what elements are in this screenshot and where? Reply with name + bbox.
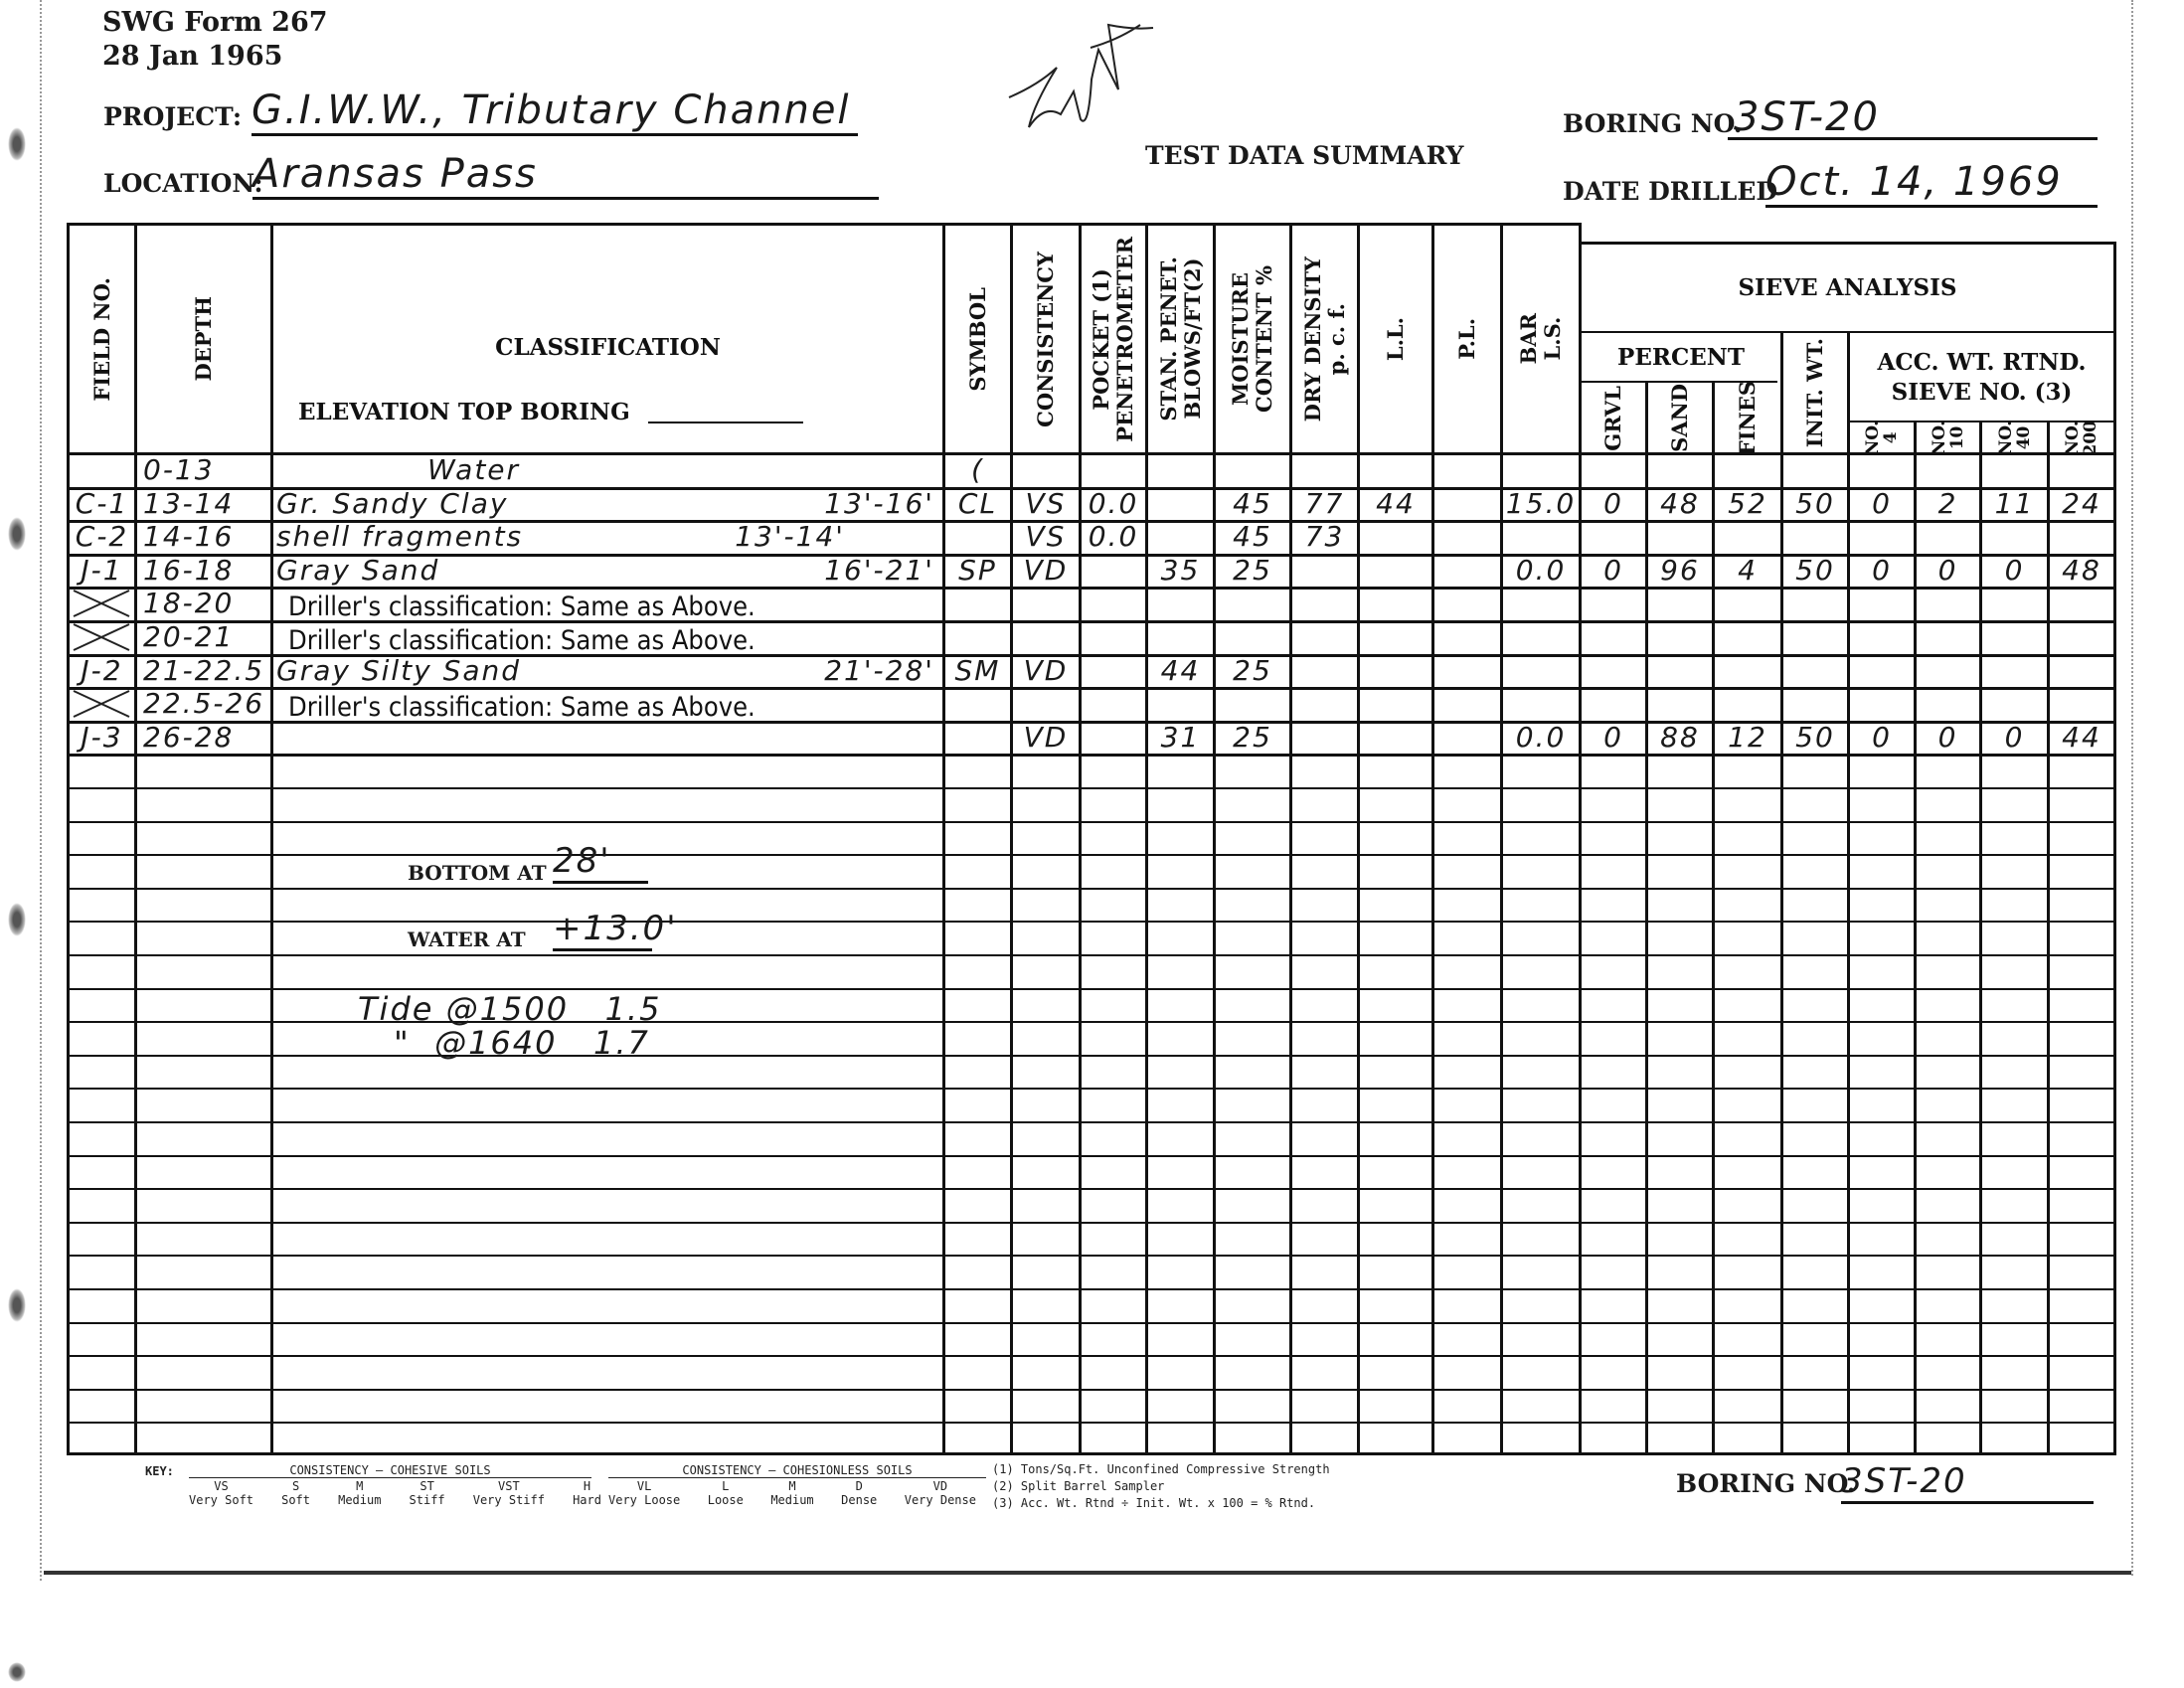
- cell-consistency[interactable]: VD: [1013, 554, 1079, 587]
- cell-pl[interactable]: [1434, 554, 1500, 587]
- cell-classification[interactable]: Gray Silty Sand: [276, 654, 694, 687]
- cell-pocket[interactable]: [1082, 453, 1145, 486]
- cell-stan[interactable]: [1148, 687, 1213, 720]
- cell-dry-density[interactable]: [1292, 654, 1357, 687]
- bottom-at-label: BOTTOM AT: [408, 861, 547, 885]
- cell-pocket[interactable]: 0.0: [1082, 487, 1145, 520]
- cell-grvl[interactable]: [1582, 587, 1645, 619]
- cell-fines[interactable]: 12: [1715, 721, 1780, 754]
- cell-classification[interactable]: Water: [427, 453, 845, 486]
- cell-init-wt[interactable]: [1783, 520, 1847, 553]
- key-name: Hard: [573, 1493, 601, 1507]
- cell-no10[interactable]: 0: [1917, 721, 1979, 754]
- row-divider: [67, 921, 2116, 923]
- cell-pocket[interactable]: 0.0: [1082, 520, 1145, 553]
- cell-no200[interactable]: [2050, 620, 2113, 653]
- cell-stan[interactable]: [1148, 520, 1213, 553]
- cell-dry-density[interactable]: [1292, 554, 1357, 587]
- cell-stratum-range[interactable]: 16'-21': [726, 554, 934, 587]
- cell-dry-density[interactable]: [1292, 587, 1357, 619]
- key-name: Very Loose: [608, 1493, 680, 1507]
- cell-fines[interactable]: [1715, 687, 1780, 720]
- row-divider: [67, 1255, 2116, 1257]
- cell-ll[interactable]: [1360, 520, 1431, 553]
- cell-no4[interactable]: [1850, 654, 1914, 687]
- cell-stratum-range[interactable]: 13'-14': [636, 520, 845, 553]
- page-edge-left: [40, 0, 42, 1581]
- cell-sand[interactable]: 96: [1648, 554, 1712, 587]
- cell-no200[interactable]: 44: [2050, 721, 2113, 754]
- cell-no40[interactable]: [1982, 587, 2047, 619]
- cell-pocket[interactable]: [1082, 687, 1145, 720]
- cell-ll[interactable]: [1360, 620, 1431, 653]
- cell-grvl[interactable]: 0: [1582, 554, 1645, 587]
- key-cohesive-title: CONSISTENCY — COHESIVE SOILS: [189, 1463, 591, 1478]
- cell-consistency[interactable]: VD: [1013, 654, 1079, 687]
- cell-moisture[interactable]: [1216, 620, 1289, 653]
- cell-fines[interactable]: [1715, 587, 1780, 619]
- cell-moisture[interactable]: [1216, 453, 1289, 486]
- cell-depth[interactable]: 21-22.5: [137, 654, 276, 687]
- cell-moisture[interactable]: 45: [1216, 520, 1289, 553]
- key-cohesionless-title: CONSISTENCY — COHESIONLESS SOILS: [608, 1463, 986, 1478]
- form-id: SWG Form 267: [102, 6, 328, 40]
- cell-depth[interactable]: 16-18: [137, 554, 276, 587]
- row-divider: [67, 1121, 2116, 1123]
- cell-grvl[interactable]: [1582, 654, 1645, 687]
- header-symbol: SYMBOL: [945, 226, 1010, 452]
- cell-fines[interactable]: [1715, 654, 1780, 687]
- cell-classification[interactable]: [276, 721, 694, 754]
- project-field[interactable]: G.I.W.W., Tributary Channel: [252, 87, 858, 136]
- cell-ll[interactable]: 44: [1360, 487, 1431, 520]
- header-depth: DEPTH: [137, 226, 270, 452]
- cell-bar-ls[interactable]: [1503, 654, 1579, 687]
- bottom-at-field[interactable]: 28': [553, 841, 648, 884]
- cell-grvl[interactable]: [1582, 687, 1645, 720]
- cell-no10[interactable]: [1917, 620, 1979, 653]
- cell-no200[interactable]: [2050, 654, 2113, 687]
- cell-pl[interactable]: [1434, 687, 1500, 720]
- cell-no40[interactable]: [1982, 654, 2047, 687]
- cell-consistency[interactable]: [1013, 453, 1079, 486]
- cell-bar-ls[interactable]: [1503, 453, 1579, 486]
- page-edge-bottom: [44, 1571, 2131, 1575]
- cell-no4[interactable]: [1850, 453, 1914, 486]
- cell-stratum-range[interactable]: 21'-28': [726, 654, 934, 687]
- cell-field-no[interactable]: C-1: [70, 487, 134, 520]
- header-fines: FINES: [1715, 384, 1780, 452]
- key-entry: MMedium: [770, 1479, 813, 1507]
- row-divider: [67, 854, 2116, 856]
- cell-ll[interactable]: [1360, 654, 1431, 687]
- cell-no200[interactable]: [2050, 687, 2113, 720]
- cell-field-no[interactable]: J-1: [70, 554, 134, 587]
- cell-no200[interactable]: [2050, 587, 2113, 619]
- cell-fines[interactable]: [1715, 620, 1780, 653]
- row-divider: [67, 787, 2116, 789]
- cell-no10[interactable]: 2: [1917, 487, 1979, 520]
- cell-stan[interactable]: 35: [1148, 554, 1213, 587]
- cell-pl[interactable]: [1434, 721, 1500, 754]
- cell-ll[interactable]: [1360, 721, 1431, 754]
- header-stan-penet: STAN. PENET. BLOWS/FT(2): [1148, 226, 1213, 452]
- cross-out-icon: [72, 689, 131, 719]
- footnote-3: (3) Acc. Wt. Rtnd ÷ Init. Wt. x 100 = % …: [992, 1495, 1330, 1512]
- key-entry: STStiff: [410, 1479, 445, 1507]
- key-abbr: VD: [905, 1479, 976, 1493]
- cell-bar-ls[interactable]: [1503, 620, 1579, 653]
- header-percent: PERCENT: [1582, 334, 1780, 381]
- cell-depth[interactable]: 14-16: [137, 520, 276, 553]
- cell-sand[interactable]: [1648, 520, 1712, 553]
- row-divider: [67, 1389, 2116, 1391]
- cell-no10[interactable]: 0: [1917, 554, 1979, 587]
- cell-consistency[interactable]: VS: [1013, 487, 1079, 520]
- cell-stan[interactable]: 31: [1148, 721, 1213, 754]
- key-abbr: H: [573, 1479, 601, 1493]
- cell-no40[interactable]: [1982, 620, 2047, 653]
- cell-grvl[interactable]: [1582, 520, 1645, 553]
- header-no200: NO. 200: [2050, 423, 2113, 452]
- cell-grvl[interactable]: 0: [1582, 721, 1645, 754]
- cell-no40[interactable]: [1982, 520, 2047, 553]
- cell-sand[interactable]: 48: [1648, 487, 1712, 520]
- cell-bar-ls[interactable]: [1503, 687, 1579, 720]
- cell-fines[interactable]: 52: [1715, 487, 1780, 520]
- cell-grvl[interactable]: [1582, 620, 1645, 653]
- cell-init-wt[interactable]: [1783, 620, 1847, 653]
- header-field-no: FIELD NO.: [70, 226, 134, 452]
- key-name: Very Stiff: [473, 1493, 545, 1507]
- cell-no4[interactable]: [1850, 587, 1914, 619]
- header-no40: NO. 40: [1982, 423, 2047, 452]
- punch-hole-mark: [8, 1288, 26, 1322]
- key-abbr: M: [770, 1479, 813, 1493]
- header-moisture-content: MOISTURE CONTENT %: [1216, 226, 1289, 452]
- cell-symbol[interactable]: SM: [945, 654, 1010, 687]
- row-divider: [67, 821, 2116, 823]
- elevation-top-boring-field[interactable]: [648, 422, 803, 423]
- row-divider: [67, 888, 2116, 890]
- cell-classification[interactable]: Driller's classification: Same as Above.: [288, 624, 706, 657]
- key-cohesionless-list: VLVery LooseLLooseMMediumDDenseVDVery De…: [608, 1479, 976, 1507]
- test-data-summary-title: TEST DATA SUMMARY: [1145, 141, 1464, 170]
- tide-note-1: Tide @1500 1.5: [358, 990, 661, 1028]
- cell-depth[interactable]: 26-28: [137, 721, 276, 754]
- cell-dry-density[interactable]: [1292, 687, 1357, 720]
- key-entry: HHard: [573, 1479, 601, 1507]
- cell-init-wt[interactable]: [1783, 453, 1847, 486]
- cell-dry-density[interactable]: [1292, 721, 1357, 754]
- cell-symbol[interactable]: [945, 721, 1010, 754]
- cell-grvl[interactable]: [1582, 453, 1645, 486]
- cell-ll[interactable]: [1360, 453, 1431, 486]
- cell-sand[interactable]: [1648, 654, 1712, 687]
- form-date: 28 Jan 1965: [102, 40, 328, 74]
- key-footnotes: (1) Tons/Sq.Ft. Unconfined Compressive S…: [992, 1461, 1330, 1512]
- key-abbr: D: [841, 1479, 877, 1493]
- row-divider: [67, 1422, 2116, 1424]
- cell-no10[interactable]: [1917, 687, 1979, 720]
- cell-bar-ls[interactable]: 15.0: [1503, 487, 1579, 520]
- punch-hole-mark: [8, 127, 26, 161]
- cell-sand[interactable]: 88: [1648, 721, 1712, 754]
- cell-pl[interactable]: [1434, 487, 1500, 520]
- col-divider: [270, 223, 273, 1455]
- cell-classification[interactable]: Gray Sand: [276, 554, 694, 587]
- cell-pl[interactable]: [1434, 620, 1500, 653]
- row-divider: [67, 1322, 2116, 1324]
- tide-note-2: " @1640 1.7: [394, 1024, 650, 1062]
- cell-consistency[interactable]: VS: [1013, 520, 1079, 553]
- row-divider: [67, 1222, 2116, 1224]
- key-entry: MMedium: [338, 1479, 381, 1507]
- cell-dry-density[interactable]: 73: [1292, 520, 1357, 553]
- cell-consistency[interactable]: [1013, 587, 1079, 619]
- key-abbr: S: [281, 1479, 310, 1493]
- key-name: Very Dense: [905, 1493, 976, 1507]
- cell-classification[interactable]: Gr. Sandy Clay: [276, 487, 694, 520]
- cell-dry-density[interactable]: 77: [1292, 487, 1357, 520]
- key-abbr: M: [338, 1479, 381, 1493]
- cell-field-no[interactable]: J-2: [70, 654, 134, 687]
- key-name: Dense: [841, 1493, 877, 1507]
- key-name: Loose: [708, 1493, 744, 1507]
- cell-no10[interactable]: [1917, 654, 1979, 687]
- key-abbr: VS: [189, 1479, 253, 1493]
- cell-depth[interactable]: 18-20: [137, 587, 276, 619]
- header-bar-ls: BAR L.S.: [1503, 226, 1579, 452]
- row-divider: [67, 954, 2116, 956]
- cell-no10[interactable]: [1917, 587, 1979, 619]
- cell-stan[interactable]: [1148, 587, 1213, 619]
- cell-moisture[interactable]: [1216, 587, 1289, 619]
- key-name: Stiff: [410, 1493, 445, 1507]
- key-abbr: ST: [410, 1479, 445, 1493]
- row-divider: [67, 1188, 2116, 1190]
- cell-symbol[interactable]: (: [945, 453, 1010, 486]
- cell-no200[interactable]: 48: [2050, 554, 2113, 587]
- footnote-2: (2) Split Barrel Sampler: [992, 1478, 1330, 1495]
- row-divider: [67, 1355, 2116, 1357]
- header-ll: L.L.: [1360, 226, 1431, 452]
- header-classification: CLASSIFICATION: [273, 330, 942, 366]
- cell-pocket[interactable]: [1082, 620, 1145, 653]
- cell-no40[interactable]: [1982, 453, 2047, 486]
- cell-moisture[interactable]: 25: [1216, 721, 1289, 754]
- cell-sand[interactable]: [1648, 587, 1712, 619]
- key-entry: DDense: [841, 1479, 877, 1507]
- cell-init-wt[interactable]: 50: [1783, 487, 1847, 520]
- cell-symbol[interactable]: [945, 587, 1010, 619]
- boring-no-field[interactable]: 3ST-20: [1728, 94, 2098, 140]
- punch-hole-mark: [8, 903, 26, 936]
- cell-symbol[interactable]: [945, 520, 1010, 553]
- header-sieve-analysis: SIEVE ANALYSIS: [1582, 245, 2113, 331]
- header-no10: NO. 10: [1917, 423, 1979, 452]
- water-at-field[interactable]: +13.0': [553, 909, 652, 951]
- cell-no200[interactable]: [2050, 520, 2113, 553]
- cell-sand[interactable]: [1648, 620, 1712, 653]
- cell-init-wt[interactable]: [1783, 587, 1847, 619]
- cell-stratum-range[interactable]: 13'-16': [726, 487, 934, 520]
- page-edge-right: [2131, 0, 2133, 1576]
- date-drilled-field[interactable]: Oct. 14, 1969: [1765, 159, 2098, 208]
- footer-boring-no-field[interactable]: 3ST-20: [1841, 1461, 2094, 1504]
- header-acc-wt-rtnd: ACC. WT. RTND. SIEVE NO. (3): [1850, 334, 2113, 421]
- cell-stan[interactable]: [1148, 487, 1213, 520]
- cell-stan[interactable]: 44: [1148, 654, 1213, 687]
- cell-no40[interactable]: [1982, 687, 2047, 720]
- key-entry: VDVery Dense: [905, 1479, 976, 1507]
- cell-pocket[interactable]: [1082, 587, 1145, 619]
- cell-no4[interactable]: [1850, 520, 1914, 553]
- cell-field-no[interactable]: [70, 453, 134, 486]
- punch-hole-mark: [8, 1662, 26, 1682]
- cell-dry-density[interactable]: [1292, 453, 1357, 486]
- cell-init-wt[interactable]: [1783, 687, 1847, 720]
- cell-consistency[interactable]: [1013, 687, 1079, 720]
- cell-depth[interactable]: 0-13: [137, 453, 276, 486]
- cell-no4[interactable]: 0: [1850, 721, 1914, 754]
- cell-depth[interactable]: 20-21: [137, 620, 276, 653]
- cell-no40[interactable]: 0: [1982, 554, 2047, 587]
- row-divider: [67, 1288, 2116, 1290]
- cell-ll[interactable]: [1360, 587, 1431, 619]
- row-divider: [67, 1055, 2116, 1057]
- cell-field-no[interactable]: J-3: [70, 721, 134, 754]
- form-id-block: SWG Form 267 28 Jan 1965: [102, 6, 328, 74]
- header-init-wt: INIT. WT.: [1783, 334, 1847, 452]
- key-entry: VLVery Loose: [608, 1479, 680, 1507]
- key-entry: SSoft: [281, 1479, 310, 1507]
- location-field[interactable]: Aransas Pass: [252, 151, 879, 200]
- cell-init-wt[interactable]: 50: [1783, 554, 1847, 587]
- cell-depth[interactable]: 22.5-26: [137, 687, 276, 720]
- cell-pocket[interactable]: [1082, 554, 1145, 587]
- key-entry: LLoose: [708, 1479, 744, 1507]
- cell-depth[interactable]: 13-14: [137, 487, 276, 520]
- elevation-top-boring-label: ELEVATION TOP BORING: [298, 398, 630, 427]
- cell-moisture[interactable]: 45: [1216, 487, 1289, 520]
- row-divider: [67, 1155, 2116, 1157]
- cell-moisture[interactable]: [1216, 687, 1289, 720]
- cross-out-icon: [72, 622, 131, 652]
- key-label: KEY:: [145, 1464, 174, 1478]
- cell-pocket[interactable]: [1082, 654, 1145, 687]
- key-cohesive-list: VSVery SoftSSoftMMediumSTStiffVSTVery St…: [189, 1479, 601, 1507]
- project-label: PROJECT:: [103, 102, 242, 131]
- footer-boring-no-label: BORING NO.: [1676, 1469, 1856, 1498]
- cell-ll[interactable]: [1360, 687, 1431, 720]
- cross-out-icon: [72, 589, 131, 618]
- cell-symbol[interactable]: [945, 687, 1010, 720]
- key-entry: VSTVery Stiff: [473, 1479, 545, 1507]
- cell-no4[interactable]: [1850, 687, 1914, 720]
- row-divider: [67, 1088, 2116, 1090]
- header-pl: P.L.: [1434, 226, 1500, 452]
- key-abbr: VST: [473, 1479, 545, 1493]
- header-no4: NO. 4: [1850, 423, 1914, 452]
- cell-symbol[interactable]: CL: [945, 487, 1010, 520]
- key-name: Medium: [770, 1493, 813, 1507]
- header-grvl: GRVL: [1582, 384, 1645, 452]
- date-drilled-label: DATE DRILLED: [1563, 177, 1777, 206]
- punch-hole-mark: [8, 517, 26, 551]
- key-name: Soft: [281, 1493, 310, 1507]
- cell-no4[interactable]: 0: [1850, 554, 1914, 587]
- cell-pl[interactable]: [1434, 587, 1500, 619]
- cell-ll[interactable]: [1360, 554, 1431, 587]
- header-pocket-penetrometer: POCKET (1) PENETROMETER: [1082, 226, 1145, 452]
- cell-no40[interactable]: 11: [1982, 487, 2047, 520]
- cell-fines[interactable]: [1715, 520, 1780, 553]
- cell-grvl[interactable]: 0: [1582, 487, 1645, 520]
- cell-pl[interactable]: [1434, 520, 1500, 553]
- cell-moisture[interactable]: 25: [1216, 654, 1289, 687]
- header-dry-density: DRY DENSITY p. c. f.: [1292, 226, 1357, 452]
- footnote-1: (1) Tons/Sq.Ft. Unconfined Compressive S…: [992, 1461, 1330, 1478]
- key-name: Very Soft: [189, 1493, 253, 1507]
- boring-no-label: BORING NO.: [1563, 109, 1743, 138]
- cell-no10[interactable]: [1917, 520, 1979, 553]
- cell-stan[interactable]: [1148, 620, 1213, 653]
- cell-fines[interactable]: [1715, 453, 1780, 486]
- cell-sand[interactable]: [1648, 453, 1712, 486]
- cell-init-wt[interactable]: 50: [1783, 721, 1847, 754]
- location-label: LOCATION:: [103, 169, 263, 198]
- header-consistency: CONSISTENCY: [1013, 226, 1079, 452]
- cell-sand[interactable]: [1648, 687, 1712, 720]
- cell-bar-ls[interactable]: 0.0: [1503, 554, 1579, 587]
- cell-symbol[interactable]: SP: [945, 554, 1010, 587]
- key-entry: VSVery Soft: [189, 1479, 253, 1507]
- cell-classification[interactable]: Driller's classification: Same as Above.: [288, 691, 706, 724]
- cell-init-wt[interactable]: [1783, 654, 1847, 687]
- key-name: Medium: [338, 1493, 381, 1507]
- cell-bar-ls[interactable]: [1503, 520, 1579, 553]
- cell-no40[interactable]: 0: [1982, 721, 2047, 754]
- cell-bar-ls[interactable]: 0.0: [1503, 721, 1579, 754]
- cell-bar-ls[interactable]: [1503, 587, 1579, 619]
- cell-no200[interactable]: [2050, 453, 2113, 486]
- cell-symbol[interactable]: [945, 620, 1010, 653]
- key-abbr: VL: [608, 1479, 680, 1493]
- row-divider: [67, 754, 2116, 757]
- cell-no4[interactable]: [1850, 620, 1914, 653]
- cell-fines[interactable]: 4: [1715, 554, 1780, 587]
- cell-consistency[interactable]: [1013, 620, 1079, 653]
- cell-classification[interactable]: shell fragments: [276, 520, 694, 553]
- key-abbr: L: [708, 1479, 744, 1493]
- cell-pocket[interactable]: [1082, 721, 1145, 754]
- header-sand: SAND: [1648, 384, 1712, 452]
- cell-no200[interactable]: 24: [2050, 487, 2113, 520]
- cell-classification[interactable]: Driller's classification: Same as Above.: [288, 591, 706, 623]
- cell-field-no[interactable]: C-2: [70, 520, 134, 553]
- cell-dry-density[interactable]: [1292, 620, 1357, 653]
- cell-consistency[interactable]: VD: [1013, 721, 1079, 754]
- cell-pl[interactable]: [1434, 453, 1500, 486]
- signature-lift: [989, 10, 1158, 134]
- cell-no10[interactable]: [1917, 453, 1979, 486]
- cell-pl[interactable]: [1434, 654, 1500, 687]
- cell-moisture[interactable]: 25: [1216, 554, 1289, 587]
- cell-no4[interactable]: 0: [1850, 487, 1914, 520]
- cell-stan[interactable]: [1148, 453, 1213, 486]
- water-at-label: WATER AT: [408, 928, 526, 951]
